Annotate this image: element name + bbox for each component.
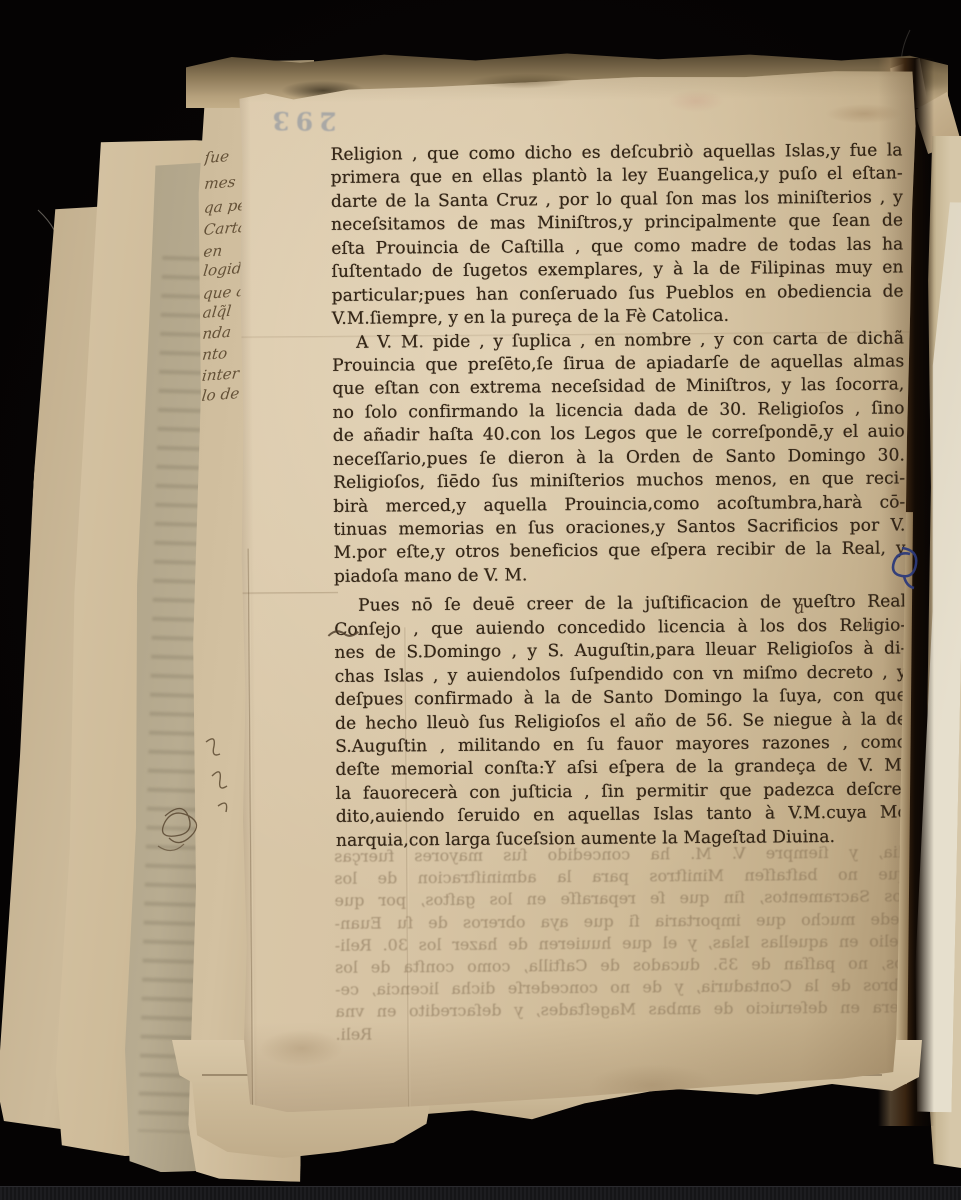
print-line: piadoſa mano de V. M. bbox=[334, 561, 906, 589]
horizontal-crease bbox=[228, 592, 338, 595]
show-through-folio-stamp: 293 bbox=[266, 106, 336, 136]
bleedthrough-line: Reli. bbox=[335, 1019, 909, 1046]
printed-text-block: Religion , que como dicho es deſcubriò a… bbox=[331, 139, 909, 853]
print-line: particular;pues han conſeruado ſus Puebl… bbox=[332, 280, 904, 308]
verso-bleedthrough-block: dia, y ſiempre V. M. ha concedido ſus ma… bbox=[334, 841, 910, 1045]
table-edge-strip bbox=[0, 1186, 961, 1200]
handwritten-margin-mark: n· bbox=[866, 618, 877, 631]
print-line: narquia,con larga ſuceſsion aumente la M… bbox=[336, 825, 908, 853]
print-line: M.por eſte,y otros beneficios que eſpera… bbox=[334, 538, 906, 566]
main-printed-page: 293 dia, y ſiempre V. M. ha concedido ſu… bbox=[224, 63, 926, 1112]
archival-photo-root: { "document": { "stamp": "293", "lines":… bbox=[0, 0, 961, 1200]
vertical-crease bbox=[248, 549, 255, 1109]
